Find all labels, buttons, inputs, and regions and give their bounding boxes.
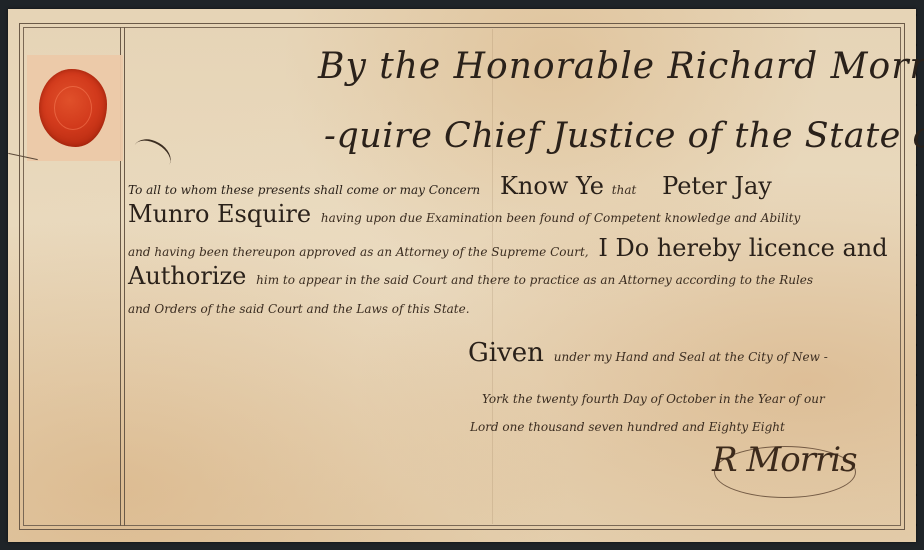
body-line-4-text: him to appear in the said Court and ther…	[256, 273, 813, 287]
closing-line-1: Given under my Hand and Seal at the City…	[468, 338, 828, 368]
body-line-2-text: having upon due Examination been found o…	[321, 211, 800, 225]
heading-line-2: -quire Chief Justice of the State of New…	[324, 116, 924, 156]
body-line-5: and Orders of the said Court and the Law…	[128, 302, 470, 316]
know-ye: Know Ye	[500, 172, 604, 200]
signature: R Morris	[712, 440, 857, 480]
body-intro: To all to whom these presents shall come…	[128, 183, 480, 197]
body-line-1: To all to whom these presents shall come…	[128, 172, 772, 200]
body-line-4: Authorize him to appear in the said Cour…	[128, 262, 813, 290]
authorize-word: Authorize	[128, 262, 246, 290]
closing-line-3: Lord one thousand seven hundred and Eigh…	[470, 420, 785, 434]
licensee-name-part-2: Munro Esquire	[128, 200, 311, 228]
body-line-2: Munro Esquire having upon due Examinatio…	[128, 200, 800, 228]
closing-line-2: York the twenty fourth Day of October in…	[482, 392, 825, 406]
licence-clause: I Do hereby licence and	[598, 234, 887, 262]
heading-line-1: By the Honorable Richard Morris Es-	[318, 46, 924, 87]
body-line-3: and having been thereupon approved as an…	[128, 234, 888, 262]
closing-line-1-text: under my Hand and Seal at the City of Ne…	[554, 350, 828, 364]
that-word: that	[612, 183, 637, 197]
body-line-3-text: and having been thereupon approved as an…	[128, 245, 589, 259]
given-word: Given	[468, 338, 544, 368]
licensee-name-part-1: Peter Jay	[662, 172, 772, 200]
wax-seal-icon	[39, 69, 107, 147]
